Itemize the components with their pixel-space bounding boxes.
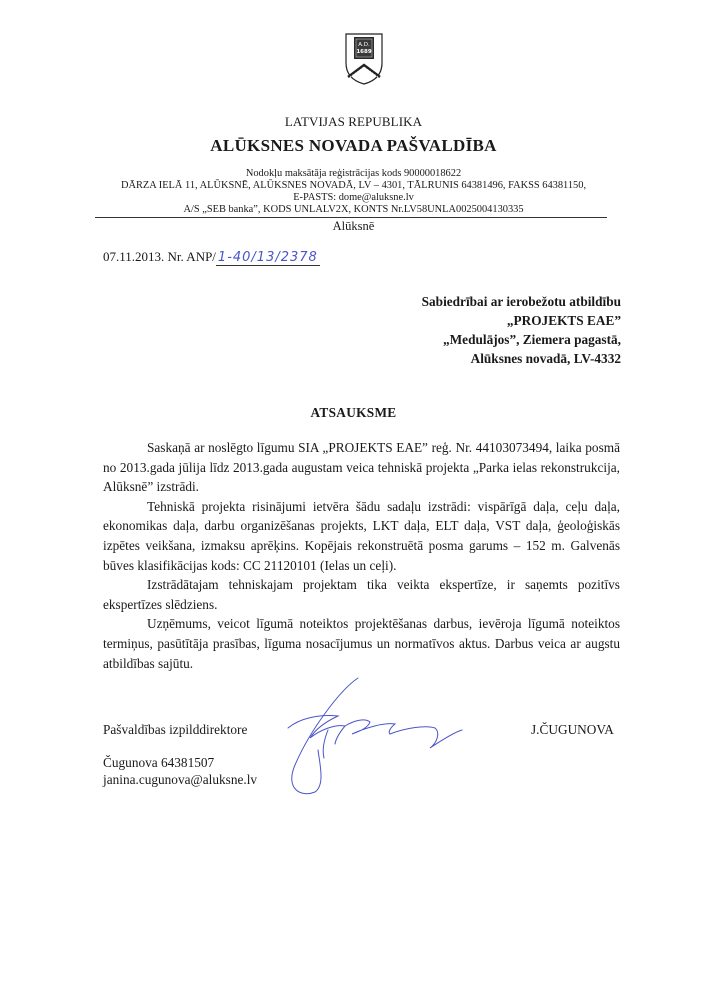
svg-text:A.D.: A.D. xyxy=(358,42,370,48)
addressee-line: Sabiedrībai ar ierobežotu atbildību xyxy=(422,292,621,311)
reference-date: 07.11.2013. Nr. ANP/ xyxy=(103,249,216,264)
svg-text:1689: 1689 xyxy=(356,49,371,55)
addressee-line: „PROJEKTS EAE” xyxy=(422,311,621,330)
signature-icon xyxy=(240,670,470,800)
email: E-PASTS: dome@aluksne.lv xyxy=(0,192,707,205)
body-paragraph: Saskaņā ar noslēgto līgumu SIA „PROJEKTS… xyxy=(103,438,620,497)
letterhead-divider xyxy=(95,217,607,218)
addressee-block: Sabiedrībai ar ierobežotu atbildību „PRO… xyxy=(422,292,621,368)
contact-block: Čugunova 64381507 janina.cugunova@aluksn… xyxy=(103,754,257,788)
body-paragraph: Izstrādātajam tehniskajam projektam tika… xyxy=(103,575,620,614)
body-paragraph: Uzņēmums, veicot līgumā noteiktos projek… xyxy=(103,614,620,673)
country-name: LATVIJAS REPUBLIKA xyxy=(0,114,707,130)
signatory-name: J.ČUGUNOVA xyxy=(531,722,614,738)
signatory-role: Pašvaldības izpilddirektore xyxy=(103,722,247,738)
reference-line: 07.11.2013. Nr. ANP/1-40/13/2378 xyxy=(103,249,320,266)
addressee-line: Alūksnes novadā, LV-4332 xyxy=(422,349,621,368)
contact-email: janina.cugunova@aluksne.lv xyxy=(103,771,257,788)
tax-code: Nodokļu maksātāja reģistrācijas kods 900… xyxy=(0,168,707,181)
body-paragraph: Tehniskā projekta risinājumi ietvēra šād… xyxy=(103,497,620,575)
city: Alūksnē xyxy=(0,219,707,234)
bank-details: A/S „SEB banka”, KODS UNLALV2X, KONTS Nr… xyxy=(0,204,707,217)
municipality-name: ALŪKSNES NOVADA PAŠVALDĪBA xyxy=(0,136,707,156)
address: DĀRZA IELĀ 11, ALŪKSNĒ, ALŪKSNES NOVADĀ,… xyxy=(0,180,707,193)
coat-of-arms-icon: A.D. 1689 xyxy=(345,33,383,85)
handwritten-reference-number: 1-40/13/2378 xyxy=(216,251,320,266)
addressee-line: „Medulājos”, Ziemera pagastā, xyxy=(422,330,621,349)
contact-phone: Čugunova 64381507 xyxy=(103,754,257,771)
document-body: Saskaņā ar noslēgto līgumu SIA „PROJEKTS… xyxy=(103,438,620,673)
document-title: ATSAUKSME xyxy=(0,405,707,421)
